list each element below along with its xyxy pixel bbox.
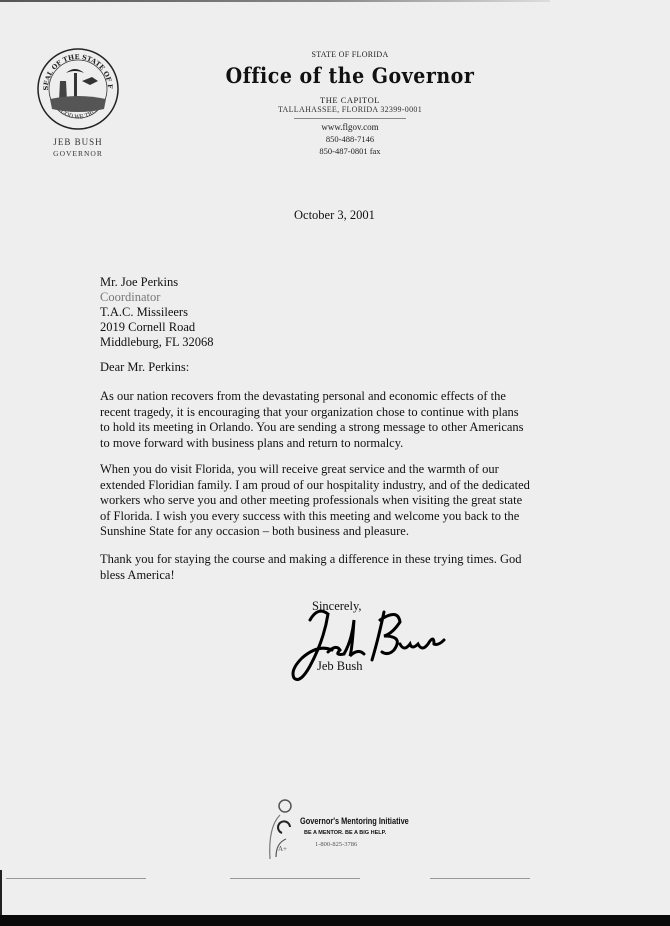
office-title: Office of the Governor (200, 63, 500, 88)
scan-left-edge (0, 870, 2, 915)
program-phone: 1-800-825-3786 (315, 841, 357, 848)
body-paragraph: When you do visit Florida, you will rece… (100, 462, 530, 540)
governor-block: JEB BUSH GOVERNOR (30, 136, 126, 160)
state-seal-icon: GREAT SEAL OF THE STATE OF FLORIDA IN GO… (36, 47, 120, 131)
scan-footer-line (6, 878, 146, 879)
salutation: Dear Mr. Perkins: (100, 360, 189, 375)
governor-title: GOVERNOR (30, 148, 126, 160)
mentoring-initiative-logo: A+ Governor's Mentoring Initiative BE A … (262, 797, 432, 865)
letterhead: STATE OF FLORIDA Office of the Governor … (200, 50, 500, 156)
signature-icon (288, 600, 448, 688)
office-address: TALLAHASSEE, FLORIDA 32399-0001 (200, 105, 500, 114)
recipient-name: Mr. Joe Perkins (100, 275, 214, 290)
website-link[interactable]: www.flgov.com (200, 122, 500, 132)
fax-number: 850-487-0801 fax (200, 147, 500, 156)
recipient-address: Mr. Joe Perkins Coordinator T.A.C. Missi… (100, 275, 214, 350)
recipient-city: Middleburg, FL 32068 (100, 335, 214, 350)
program-tagline: BE A MENTOR. BE A BIG HELP. (304, 830, 386, 836)
program-name: Governor's Mentoring Initiative (300, 816, 409, 826)
scan-bottom-edge (0, 915, 670, 926)
svg-text:A+: A+ (278, 845, 287, 853)
scan-top-edge (0, 0, 550, 2)
recipient-title: Coordinator (100, 290, 214, 305)
scan-footer-line (430, 878, 530, 879)
scan-footer-line (230, 878, 360, 879)
recipient-street: 2019 Cornell Road (100, 320, 214, 335)
letter-date: October 3, 2001 (294, 208, 375, 223)
letterhead-divider (294, 118, 406, 119)
recipient-organization: T.A.C. Missileers (100, 305, 214, 320)
signer-name: Jeb Bush (317, 659, 363, 674)
state-label: STATE OF FLORIDA (200, 50, 500, 59)
body-paragraph: As our nation recovers from the devastat… (100, 389, 530, 451)
body-paragraph: Thank you for staying the course and mak… (100, 552, 530, 583)
mentoring-figure-icon: A+ (262, 797, 298, 863)
governor-name: JEB BUSH (30, 136, 126, 148)
phone-number: 850-488-7146 (200, 135, 500, 144)
capitol-label: THE CAPITOL (200, 95, 500, 105)
